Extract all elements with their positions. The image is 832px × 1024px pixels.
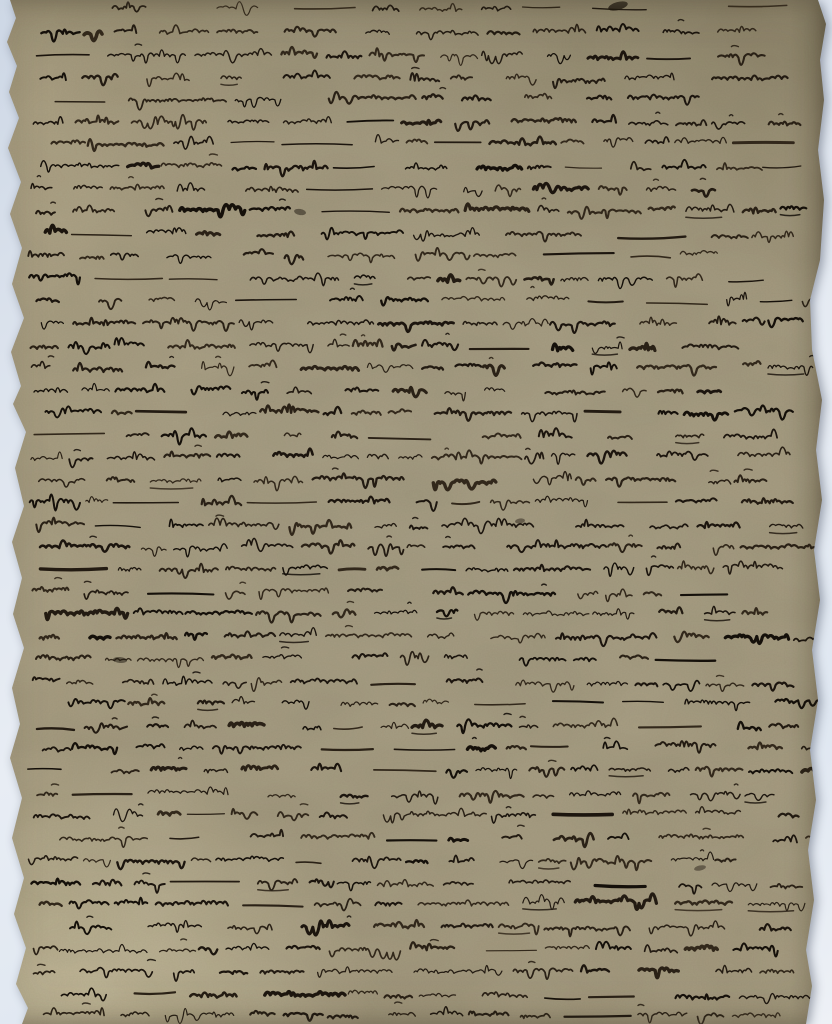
- ink-blotch: [294, 208, 307, 216]
- handwriting-layer: [0, 0, 832, 1024]
- manuscript-photo: [0, 0, 832, 1024]
- paper-shadow-wrap: [0, 0, 832, 1024]
- ink-blotch: [113, 656, 127, 663]
- ink-blotch: [694, 864, 707, 871]
- manuscript-paper: [0, 0, 832, 1024]
- ink-blotch: [607, 0, 628, 12]
